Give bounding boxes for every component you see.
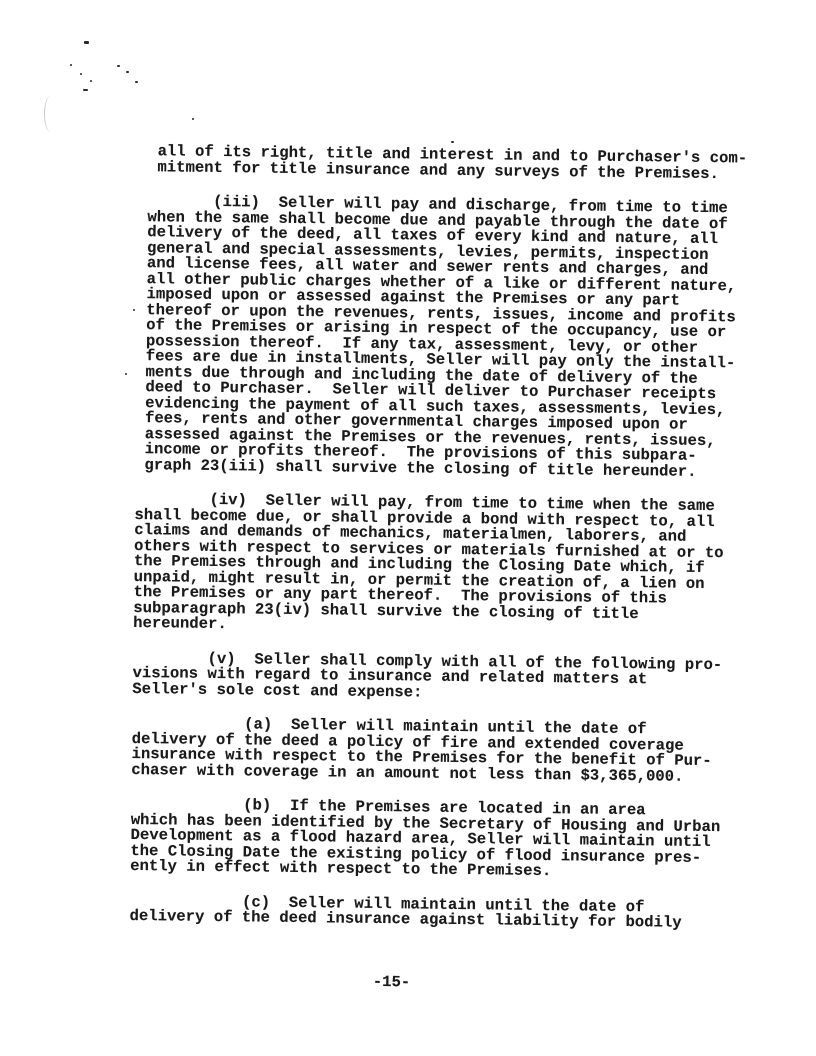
scan-speck (192, 118, 194, 120)
paragraph-clause-b: (b) If the Premises are located in an ar… (130, 797, 771, 882)
paragraph-clause-a: (a) Seller will maintain until the date … (131, 716, 772, 786)
paragraph-subparagraph-iv: (iv) Seller will pay, from time to time … (133, 492, 775, 639)
scan-speck (126, 71, 129, 73)
typewritten-text-block: all of its right, title and interest in … (129, 144, 779, 951)
scan-speck (451, 141, 454, 143)
scan-speck (125, 373, 127, 375)
scan-speck (90, 80, 92, 82)
paragraph-list: all of its right, title and interest in … (129, 144, 778, 932)
scan-arc-artifact (44, 96, 57, 132)
document-page: all of its right, title and interest in … (0, 0, 816, 1056)
scan-speck (135, 81, 138, 83)
scan-speck (117, 65, 120, 67)
paragraph-subparagraph-v: (v) Seller shall comply with all of the … (132, 650, 773, 704)
scan-speck (133, 309, 135, 311)
paragraph-clause-c: (c) Seller will maintain until the date … (129, 893, 769, 932)
paragraph-subparagraph-iii: (iii) Seller will pay and discharge, fro… (135, 194, 778, 481)
scan-speck (84, 41, 89, 44)
scan-speck (70, 64, 72, 66)
scan-speck (83, 89, 88, 91)
scan-speck (80, 73, 82, 75)
page-number: -15- (373, 973, 411, 991)
paragraph-carryover: all of its right, title and interest in … (139, 144, 779, 183)
